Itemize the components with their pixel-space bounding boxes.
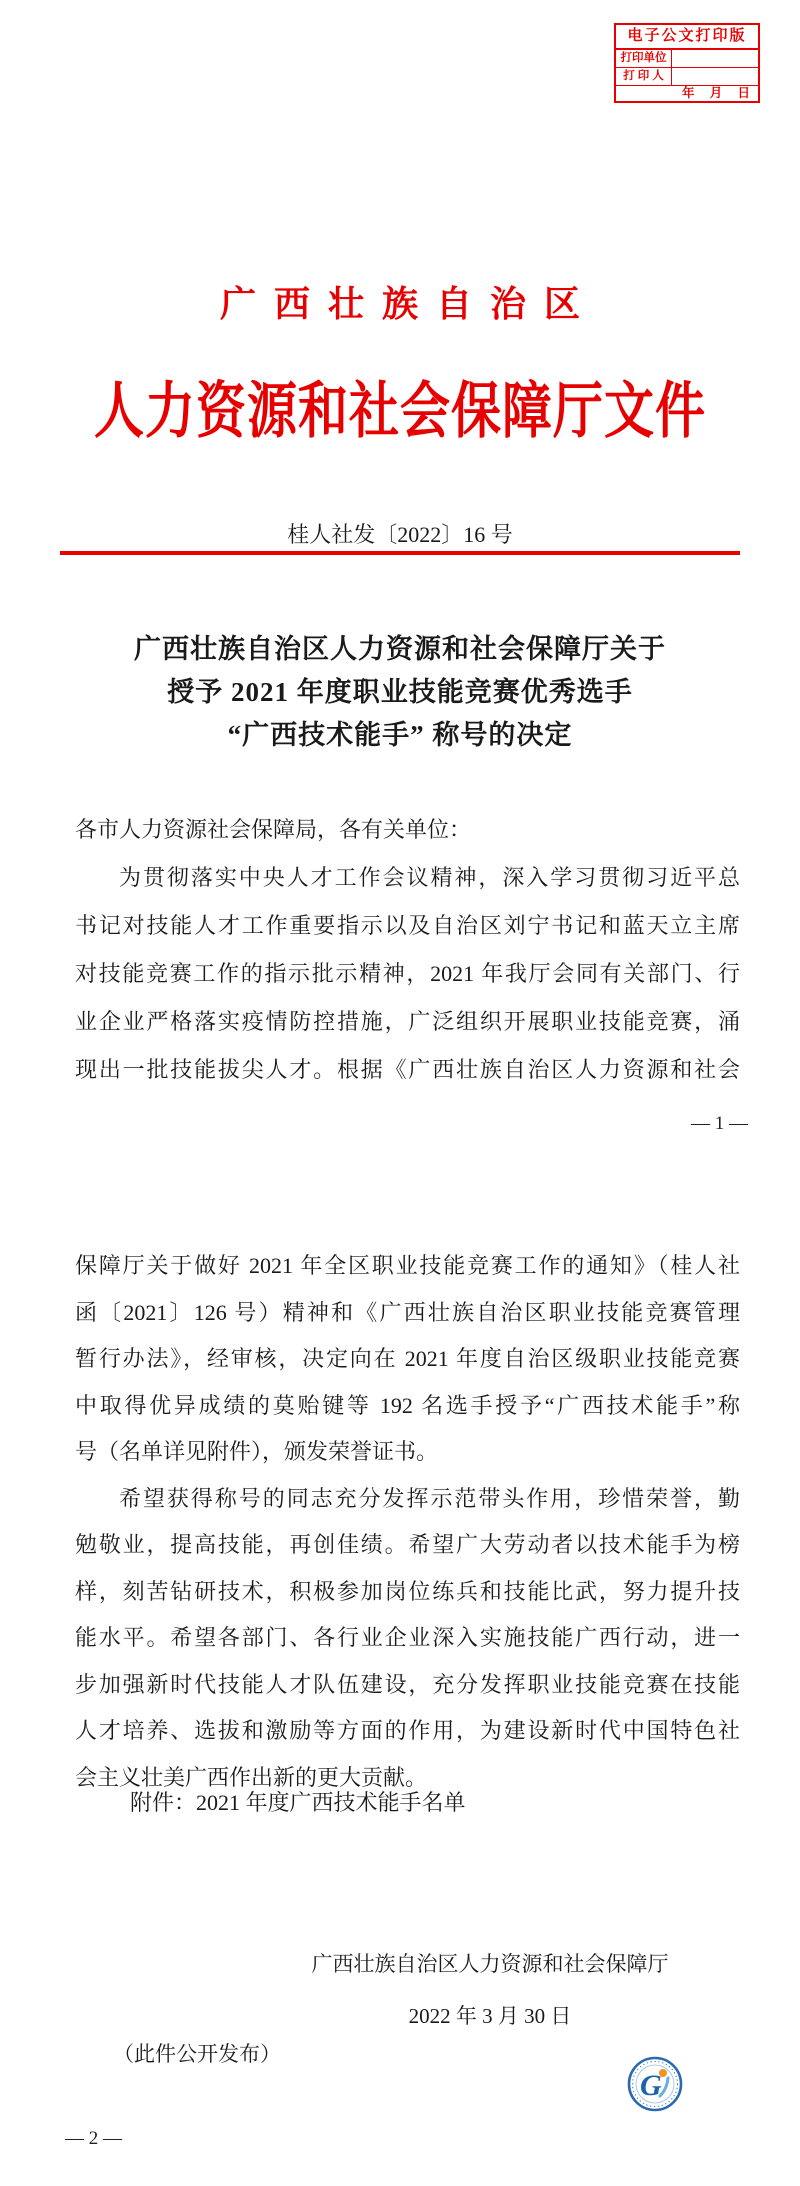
print-unit-label: 打印单位 [616, 50, 672, 67]
page2-body: 保障厅关于做好 2021 年全区职业技能竞赛工作的通知》（桂人社 函〔2021〕… [75, 1243, 740, 1801]
print-unit-row: 打印单位 [616, 50, 758, 68]
red-separator-line [60, 551, 740, 555]
print-date-row: 年 月 日 [616, 86, 758, 101]
salutation: 各市人力资源社会保障局，各有关单位： [75, 806, 740, 854]
document-title-line-1: 广西壮族自治区人力资源和社会保障厅关于 [40, 628, 760, 671]
body-line: 中取得优异成绩的莫贻键等 192 名选手授予“广西技术能手”称 [75, 1383, 740, 1430]
agency-logo: G [627, 2056, 683, 2112]
print-box-title: 电子公文打印版 [616, 25, 758, 50]
body-line: 函〔2021〕126 号）精神和《广西壮族自治区职业技能竞赛管理 [75, 1290, 740, 1337]
date-month-label: 月 [710, 86, 723, 101]
body-line: 希望获得称号的同志充分发挥示范带头作用，珍惜荣誉，勤 [75, 1476, 740, 1523]
body-line: 能水平。希望各部门、各行业企业深入实施技能广西行动，进一 [75, 1615, 740, 1662]
signature-date: 2022 年 3 月 30 日 [300, 2000, 680, 2030]
attachment-note: 附件：2021 年度广西技术能手名单 [130, 1786, 466, 1817]
body-line: 号（名单详见附件），颁发荣誉证书。 [75, 1429, 740, 1476]
logo-orange-dot [659, 2069, 667, 2077]
body-line: 业企业严格落实疫情防控措施，广泛组织开展职业技能竞赛，涌 [75, 998, 740, 1046]
print-person-label: 打印人 [616, 68, 672, 85]
doc-number: 桂人社发〔2022〕16 号 [0, 518, 800, 549]
body-line: 保障厅关于做好 2021 年全区职业技能竞赛工作的通知》（桂人社 [75, 1243, 740, 1290]
logo-letter-g: G [640, 2069, 662, 2102]
print-unit-value [672, 50, 758, 67]
print-version-box: 电子公文打印版 打印单位 打印人 年 月 日 [614, 23, 760, 103]
document-title-line-2: 授予 2021 年度职业技能竞赛优秀选手 [40, 671, 760, 714]
page1-body: 各市人力资源社会保障局，各有关单位： 为贯彻落实中央人才工作会议精神，深入学习贯… [75, 806, 740, 1094]
letterhead-region: 广西壮族自治区 [0, 276, 800, 327]
body-line: 为贯彻落实中央人才工作会议精神，深入学习贯彻习近平总 [75, 854, 740, 902]
page-number-1: — 1 — [0, 1113, 748, 1135]
page-number-2: — 2 — [65, 2128, 122, 2150]
body-line: 人才培养、选拔和激励等方面的作用，为建设新时代中国特色社 [75, 1708, 740, 1755]
signature-block: 广西壮族自治区人力资源和社会保障厅 2022 年 3 月 30 日 [300, 1948, 680, 2030]
print-person-value [672, 68, 758, 85]
document-title-line-3: “广西技术能手” 称号的决定 [40, 714, 760, 757]
print-person-row: 打印人 [616, 68, 758, 86]
body-line: 样，刻苦钻研技术，积极参加岗位练兵和技能比武，努力提升技 [75, 1569, 740, 1616]
date-year-label: 年 [682, 86, 695, 101]
body-line: 暂行办法》，经审核，决定向在 2021 年度自治区级职业技能竞赛 [75, 1336, 740, 1383]
document-page: 电子公文打印版 打印单位 打印人 年 月 日 广西壮族自治区 人力资源和社会保障… [0, 0, 800, 2186]
body-line: 书记对技能人才工作重要指示以及自治区刘宁书记和蓝天立主席 [75, 902, 740, 950]
letterhead-department: 人力资源和社会保障厅文件 [0, 362, 800, 450]
publish-note: （此件公开发布） [113, 2038, 281, 2068]
body-line: 步加强新时代技能人才队伍建设，充分发挥职业技能竞赛在技能 [75, 1662, 740, 1709]
body-line: 现出一批技能拔尖人才。根据《广西壮族自治区人力资源和社会 [75, 1046, 740, 1094]
body-line: 勉敬业，提高技能，再创佳绩。希望广大劳动者以技术能手为榜 [75, 1522, 740, 1569]
body-line: 对技能竞赛工作的指示批示精神，2021 年我厅会同有关部门、行 [75, 950, 740, 998]
document-title: 广西壮族自治区人力资源和社会保障厅关于 授予 2021 年度职业技能竞赛优秀选手… [40, 628, 760, 757]
signature-organization: 广西壮族自治区人力资源和社会保障厅 [300, 1948, 680, 1978]
date-day-label: 日 [737, 86, 750, 101]
